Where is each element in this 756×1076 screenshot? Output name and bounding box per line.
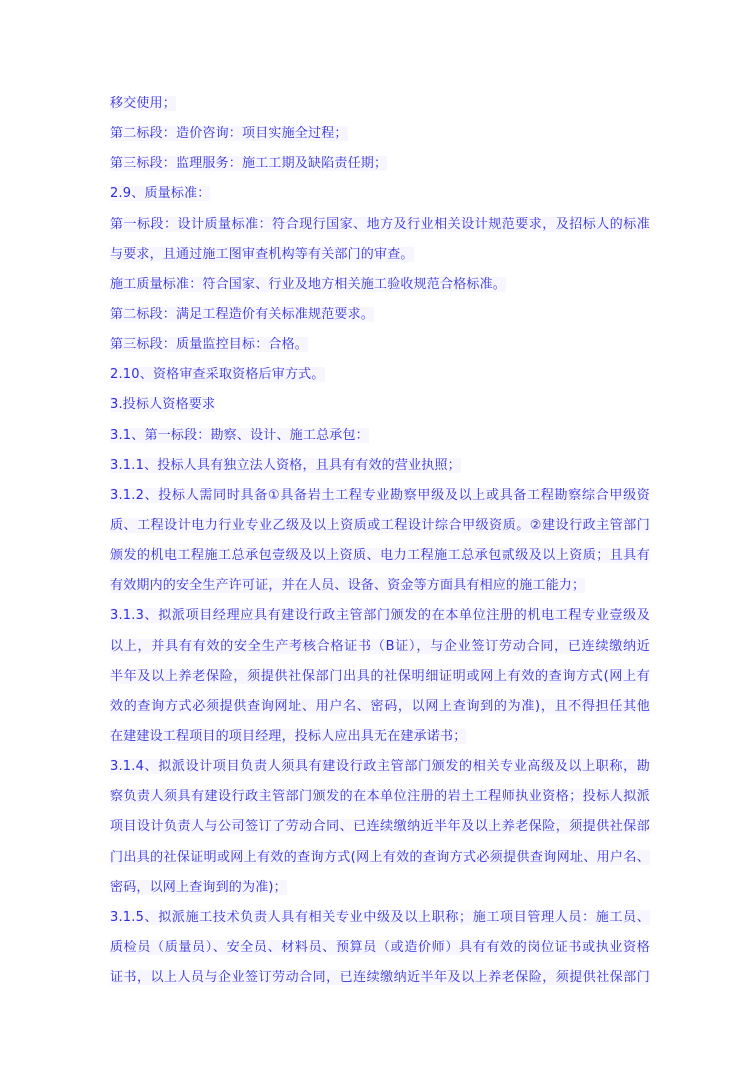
clause-3-1-2: 3.1.2、投标人需同时具备①具备岩土工程专业勘察甲级及以上或具备工程勘察综合甲… [110, 481, 650, 511]
text-line-16: 颁发的机电工程施工总承包壹级及以上资质、电力工程施工总承包贰级及以上资质；且具有 [110, 541, 650, 571]
clause-3-1-3: 3.1.3、拟派项目经理应具有建设行政主管部门颁发的在本单位注册的机电工程专业壹… [110, 601, 650, 631]
text-line-15: 质、工程设计电力行业专业乙级及以上资质或工程设计综合甲级资质。②建设行政主管部门 [110, 511, 650, 541]
section-heading-2-9: 2.9、质量标准： [110, 179, 650, 209]
section-heading-3: 3.投标人资格要求 [110, 390, 650, 420]
clause-3-1-4: 3.1.4、拟派设计项目负责人须具有建设行政主管部门颁发的相关专业高级及以上职称… [110, 752, 650, 782]
text-line-26: 门出具的社保证明或网上有效的查询方式(网上有效的查询方式必须提供查询网址、用户名… [110, 843, 650, 873]
text-line-8: 第二标段：满足工程造价有关标准规范要求。 [110, 300, 650, 330]
text-line-21: 效的查询方式必须提供查询网址、用户名、密码，以网上查询到的为准)，且不得担任其他 [110, 692, 650, 722]
clause-3-1-1: 3.1.1、投标人具有独立法人资格，且具有有效的营业执照； [110, 451, 650, 481]
text-line-7: 施工质量标准：符合国家、行业及地方相关施工验收规范合格标准。 [110, 270, 650, 300]
text-line-27: 密码，以网上查询到的为准)； [110, 873, 650, 903]
text-line-5: 第一标段：设计质量标准：符合现行国家、地方及行业相关设计规范要求，及招标人的标准 [110, 210, 650, 240]
text-line-22: 在建建设工程项目的项目经理，投标人应出具无在建承诺书； [110, 722, 650, 752]
document-page: 移交使用； 第二标段：造价咨询：项目实施全过程； 第三标段：监理服务：施工工期及… [110, 89, 650, 993]
text-line-30: 证书，以上人员与企业签订劳动合同，已连续缴纳近半年及以上养老保险，须提供社保部门 [110, 963, 650, 993]
text-line-25: 项目设计负责人与公司签订了劳动合同、已连续缴纳近半年及以上养老保险，须提供社保部 [110, 812, 650, 842]
text-line-24: 察负责人须具有建设行政主管部门颁发的在本单位注册的岩土工程师执业资格；投标人拟派 [110, 782, 650, 812]
text-line-1: 移交使用； [110, 89, 650, 119]
text-line-6: 与要求，且通过施工图审查机构等有关部门的审查。 [110, 240, 650, 270]
section-heading-2-10: 2.10、资格审查采取资格后审方式。 [110, 360, 650, 390]
text-line-17: 有效期内的安全生产许可证，并在人员、设备、资金等方面具有相应的施工能力； [110, 571, 650, 601]
text-line-3: 第三标段：监理服务：施工工期及缺陷责任期； [110, 149, 650, 179]
text-line-19: 以上，并具有有效的安全生产考核合格证书（B证），与企业签订劳动合同，已连续缴纳近 [110, 632, 650, 662]
text-line-29: 质检员（质量员）、安全员、材料员、预算员（或造价师）具有有效的岗位证书或执业资格 [110, 933, 650, 963]
section-heading-3-1: 3.1、第一标段：勘察、设计、施工总承包： [110, 421, 650, 451]
clause-3-1-5: 3.1.5、拟派施工技术负责人具有相关专业中级及以上职称；施工项目管理人员：施工… [110, 903, 650, 933]
text-line-9: 第三标段：质量监控目标：合格。 [110, 330, 650, 360]
text-line-2: 第二标段：造价咨询：项目实施全过程； [110, 119, 650, 149]
text-line-20: 半年及以上养老保险，须提供社保部门出具的社保明细证明或网上有效的查询方式(网上有 [110, 662, 650, 692]
